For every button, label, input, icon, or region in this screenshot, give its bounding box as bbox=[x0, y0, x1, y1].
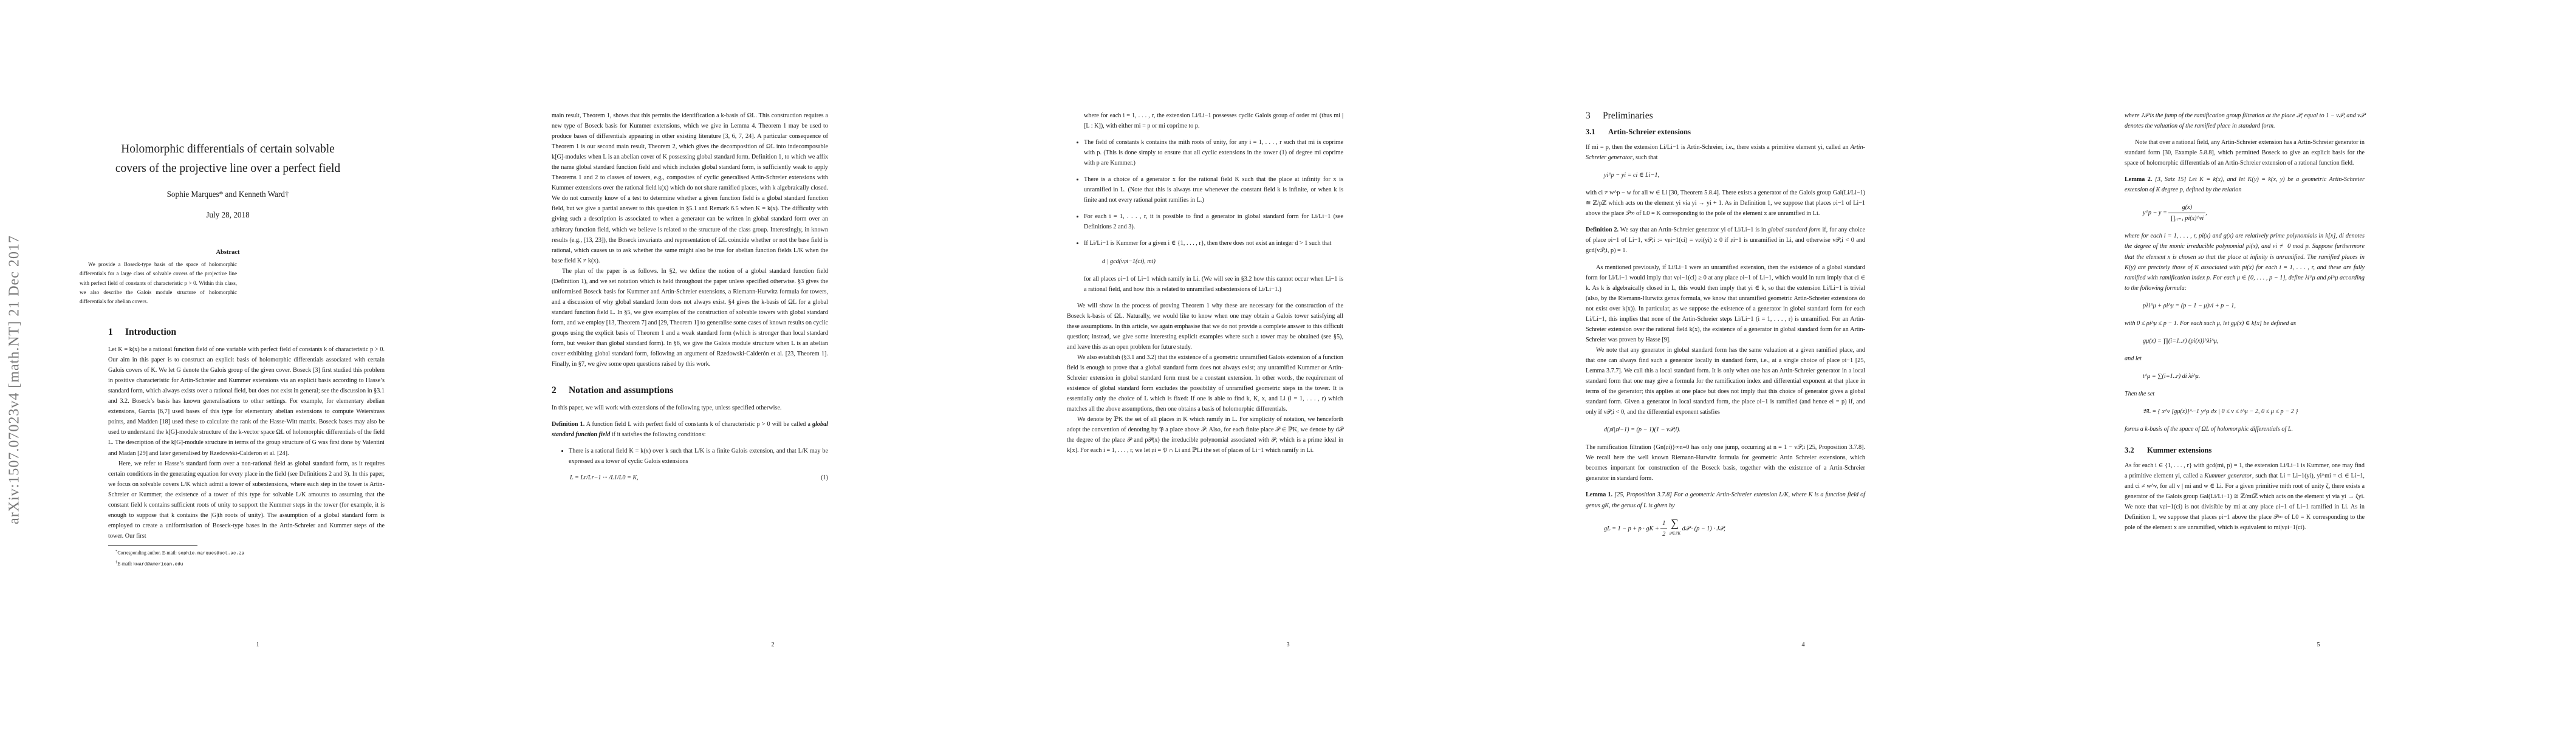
paragraph: and let bbox=[2125, 354, 2365, 364]
list-item: There is a rational field K = k(x) over … bbox=[569, 446, 828, 467]
paragraph: The plan of the paper is as follows. In … bbox=[552, 266, 828, 369]
section-title: Introduction bbox=[125, 327, 176, 337]
defined-term: global standard form bbox=[1768, 227, 1821, 233]
artin-schreier-relation: y^p − y = g(x)∏ᵣᵢ₌₁ pi(x)^vi, bbox=[2143, 202, 2365, 224]
definition-label: Definition 2. bbox=[1586, 227, 1619, 233]
subsection-heading-kummer: 3.2Kummer extensions bbox=[2125, 445, 2365, 456]
differential-exponent-equation: d(𝔭i|𝔭i−1) = (p − 1)(1 − v𝒫,i). bbox=[1604, 425, 1865, 435]
page-4-body: 3Preliminaries 3.1Artin-Schreier extensi… bbox=[1586, 111, 1865, 547]
equation-1: L = Lr/Lr−1 ··· /L1/L0 = K, (1) bbox=[552, 473, 828, 483]
definition-conditions: There is a rational field K = k(x) over … bbox=[552, 446, 828, 467]
list-item: The field of constants k contains the mi… bbox=[1084, 137, 1343, 168]
section-title: Notation and assumptions bbox=[569, 385, 673, 395]
abstract-text: We provide a Boseck-type basis of the sp… bbox=[80, 260, 237, 306]
paper-title: Holomorphic differentials of certain sol… bbox=[70, 140, 386, 179]
section-number: 2 bbox=[552, 385, 569, 395]
page-number: 4 bbox=[1546, 642, 2061, 648]
page-2: main result, Theorem 1, shows that this … bbox=[515, 0, 1030, 729]
page-2-body: main result, Theorem 1, shows that this … bbox=[552, 111, 828, 490]
paragraph: where for each i = 1, . . . , r, the ext… bbox=[1067, 111, 1343, 131]
page-number: 1 bbox=[0, 642, 515, 648]
paragraph: forms a k-basis of the space of ΩL of ho… bbox=[2125, 424, 2365, 434]
subsection-title: Kummer extensions bbox=[2147, 446, 2211, 454]
definition-1: Definition 1. A function field L with pe… bbox=[552, 419, 828, 440]
abstract: We provide a Boseck-type basis of the sp… bbox=[80, 260, 237, 306]
lemma-label: Lemma 2. bbox=[2125, 176, 2152, 183]
title-line-1: Holomorphic differentials of certain sol… bbox=[70, 140, 386, 159]
lemma-body: where for each i = 1, . . . , r, pi(x) a… bbox=[2125, 231, 2365, 293]
subsection-title: Artin-Schreier extensions bbox=[1608, 128, 1691, 136]
page-5: where J𝒫 is the jump of the ramification… bbox=[2061, 0, 2576, 729]
list-item: There is a choice of a generator x for t… bbox=[1084, 174, 1343, 205]
gcd-equation: d | gcd(v𝔭i−1(ci), mi) bbox=[1102, 256, 1343, 267]
date: July 28, 2018 bbox=[70, 210, 386, 220]
paragraph: where J𝒫 is the jump of the ramification… bbox=[2125, 111, 2365, 131]
page-5-body: where J𝒫 is the jump of the ramification… bbox=[2125, 111, 2365, 533]
definition-2: Definition 2. We say that an Artin-Schre… bbox=[1586, 225, 1865, 256]
g-mu-equation: gμ(x) = ∏(i=1..r) (pi(x))^λi^μ, bbox=[2143, 336, 2365, 346]
paragraph: Here, we refer to Hasse’s standard form … bbox=[108, 459, 385, 541]
email-link[interactable]: kward@american.edu bbox=[133, 562, 183, 567]
section-heading-introduction: 1Introduction bbox=[108, 327, 385, 337]
paragraph: with 0 ≤ ρi^μ ≤ p − 1. For each such μ, … bbox=[2125, 318, 2365, 329]
page-3-body: where for each i = 1, . . . , r, the ext… bbox=[1067, 111, 1343, 456]
summation: ∑𝒫∈ℙK bbox=[1669, 518, 1680, 539]
page-number: 2 bbox=[515, 642, 1030, 648]
paragraph: We denote by ℙK the set of all places in… bbox=[1067, 414, 1343, 456]
paragraph: As mentioned previously, if Li/Li−1 were… bbox=[1586, 262, 1865, 345]
fraction: 12 bbox=[1660, 518, 1667, 539]
section-number: 1 bbox=[108, 327, 125, 337]
page-number: 3 bbox=[1030, 642, 1546, 648]
email-link[interactable]: sophie.marques@uct.ac.za bbox=[178, 552, 244, 556]
arxiv-stamp-text: arXiv:1507.07023v4 [math.NT] 21 Dec 2017 bbox=[7, 235, 23, 524]
list-item: If Li/Li−1 is Kummer for a given i ∈ {1,… bbox=[1084, 238, 1343, 294]
authors: Sophie Marques* and Kenneth Ward† bbox=[70, 190, 386, 199]
abstract-heading: Abstract bbox=[70, 249, 386, 256]
paragraph: We also establish (§3.1 and 3.2) that th… bbox=[1067, 352, 1343, 414]
page-1: arXiv:1507.07023v4 [math.NT] 21 Dec 2017… bbox=[0, 0, 515, 729]
lemma-2: Lemma 2. [3, Satz 15] Let K = k(x), and … bbox=[2125, 174, 2365, 195]
subsection-heading-artin-schreier: 3.1Artin-Schreier extensions bbox=[1586, 127, 1865, 137]
page-3: where for each i = 1, . . . , r, the ext… bbox=[1030, 0, 1546, 729]
footnote-1: *Corresponding author. E-mail: sophie.ma… bbox=[108, 547, 385, 558]
fraction: g(x)∏ᵣᵢ₌₁ pi(x)^vi bbox=[2168, 202, 2205, 224]
paragraph: We will show in the process of proving T… bbox=[1067, 301, 1343, 352]
footnote-2: †E-mail: kward@american.edu bbox=[108, 558, 385, 569]
paragraph: If mi = p, then the extension Li/Li−1 is… bbox=[1586, 142, 1865, 163]
genus-formula: gL = 1 − p + p · gK + 12 ∑𝒫∈ℙK d𝒫 · (p −… bbox=[1604, 518, 1865, 539]
artin-schreier-equation: yi^p − yi = ci ∈ Li−1, bbox=[1604, 170, 1865, 180]
definition-conditions: The field of constants k contains the mi… bbox=[1067, 137, 1343, 295]
defined-term: Kummer generator bbox=[2205, 473, 2252, 479]
paragraph: Then the set bbox=[2125, 389, 2365, 399]
paragraph: In this paper, we will work with extensi… bbox=[552, 403, 828, 413]
page-4: 3Preliminaries 3.1Artin-Schreier extensi… bbox=[1546, 0, 2061, 729]
section-heading-preliminaries: 3Preliminaries bbox=[1586, 111, 1865, 121]
subsection-number: 3.1 bbox=[1586, 127, 1608, 137]
paragraph: Let K = k(x) be a rational function fiel… bbox=[108, 344, 385, 459]
page-number: 5 bbox=[2061, 642, 2576, 648]
paragraph: We note that any generator in global sta… bbox=[1586, 345, 1865, 417]
paragraph: Note that over a rational field, any Art… bbox=[2125, 137, 2365, 168]
page-1-body: 1Introduction Let K = k(x) be a rational… bbox=[108, 327, 385, 569]
footnote-rule bbox=[108, 545, 197, 546]
equation-number: (1) bbox=[821, 473, 828, 483]
definition-label: Definition 1. bbox=[552, 421, 584, 428]
paragraph: main result, Theorem 1, shows that this … bbox=[552, 111, 828, 266]
section-number: 3 bbox=[1586, 111, 1603, 121]
title-line-2: covers of the projective line over a per… bbox=[70, 159, 386, 179]
lambda-rho-equation: pλi^μ + ρi^μ = (p − 1 − μ)vi + p − 1, bbox=[2143, 301, 2365, 311]
list-item: For each i = 1, . . . , r, it is possibl… bbox=[1084, 211, 1343, 232]
subsection-number: 3.2 bbox=[2125, 445, 2147, 456]
basis-equation: 𝔅L = { x^ν [gμ(x)]^−1 y^μ dx | 0 ≤ ν ≤ t… bbox=[2143, 406, 2365, 417]
paragraph: As for each i ∈ {1, . . . , r} with gcd(… bbox=[2125, 460, 2365, 533]
paragraph: with ci ≠ w^p − w for all w ∈ Li [30, Th… bbox=[1586, 188, 1865, 219]
section-heading-notation: 2Notation and assumptions bbox=[552, 385, 828, 395]
paragraph: The ramification filtration {Gn(𝔭i)}∞n=0… bbox=[1586, 442, 1865, 484]
lemma-1: Lemma 1. [25, Proposition 3.7.8] For a g… bbox=[1586, 490, 1865, 510]
section-title: Preliminaries bbox=[1603, 111, 1653, 121]
lemma-label: Lemma 1. bbox=[1586, 491, 1612, 498]
t-mu-equation: t^μ = ∑(i=1..r) di λi^μ. bbox=[2143, 371, 2365, 382]
arxiv-stamp: arXiv:1507.07023v4 [math.NT] 21 Dec 2017 bbox=[2, 246, 27, 513]
